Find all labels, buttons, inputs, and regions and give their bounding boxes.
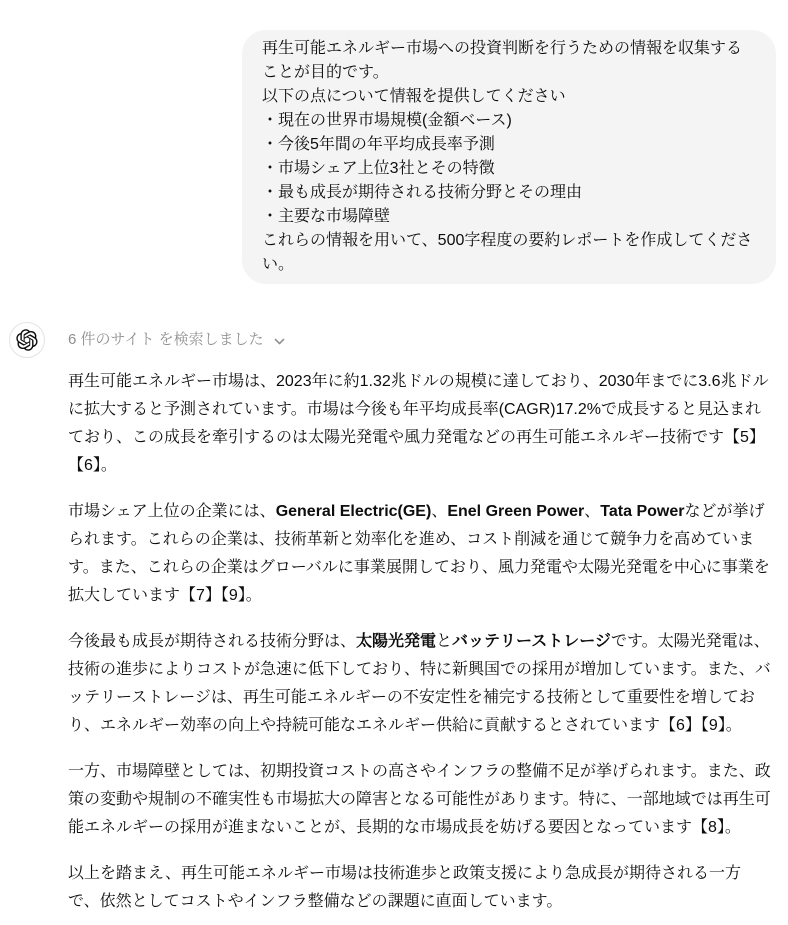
assistant-header: 6 件のサイト を検索しました [9,322,788,358]
user-message-row: 再生可能エネルギー市場への投資判断を行うための情報を収集することが目的です。 以… [0,0,788,284]
assistant-paragraph: 再生可能エネルギー市場は、2023年に約1.32兆ドルの規模に達しており、203… [68,368,772,480]
openai-logo-icon [16,329,38,351]
assistant-message: 再生可能エネルギー市場は、2023年に約1.32兆ドルの規模に達しており、203… [68,368,772,916]
assistant-paragraph: 以上を踏まえ、再生可能エネルギー市場は技術進歩と政策支援により急成長が期待される… [68,860,772,916]
assistant-avatar [9,322,45,358]
assistant-paragraph: 市場シェア上位の企業には、General Electric(GE)、Enel G… [68,498,772,610]
search-status-label: 6 件のサイト を検索しました [68,329,264,351]
search-status-toggle[interactable]: 6 件のサイト を検索しました [68,329,286,351]
assistant-paragraph: 一方、市場障壁としては、初期投資コストの高さやインフラの整備不足が挙げられます。… [68,758,772,842]
chevron-down-icon [273,333,286,348]
assistant-paragraph: 今後最も成長が期待される技術分野は、太陽光発電とバッテリーストレージです。太陽光… [68,628,772,740]
chat-page: 再生可能エネルギー市場への投資判断を行うための情報を収集することが目的です。 以… [0,0,788,925]
user-message-bubble: 再生可能エネルギー市場への投資判断を行うための情報を収集することが目的です。 以… [242,30,776,284]
